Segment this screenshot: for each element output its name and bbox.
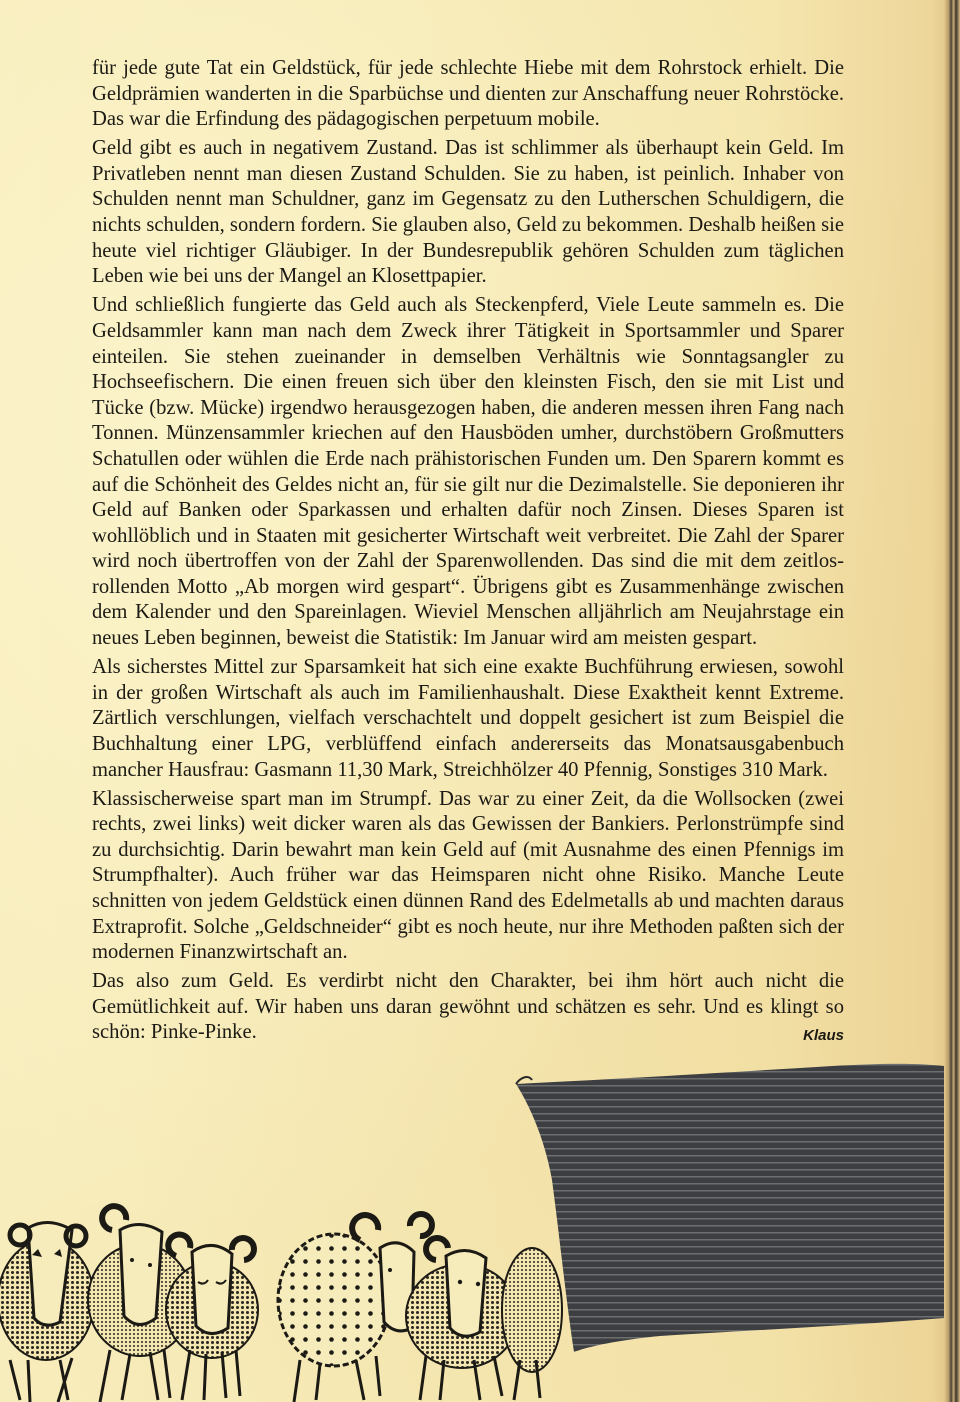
text-line: Hochseefischern. Die einen freuen sich ü… <box>92 371 844 393</box>
author-signature: Klaus <box>803 1027 844 1044</box>
sheep-icon <box>0 1222 94 1402</box>
text-line: Geld gibt es auch in negativem Zustand. … <box>92 137 814 159</box>
text-line: Tücke (bzw. Mücke) irgendwo herausgezoge… <box>92 397 799 419</box>
sheep-icon <box>502 1248 562 1400</box>
text-line: schön: Pinke-Pinke. <box>92 1021 257 1043</box>
text-line: für jede gute Tat ein Geldstück, für jed… <box>92 57 807 79</box>
text-line: Als sicherstes Mittel zur Sparsamkeit ha… <box>92 656 803 678</box>
sheep-and-sock-illustration <box>0 1060 960 1402</box>
sheep-icon <box>406 1238 518 1400</box>
text-line: Klassischerweise spart man im Strumpf. D… <box>92 788 791 810</box>
paragraph-collectors: Und schließlich fungierte das Geld auch … <box>92 293 844 651</box>
sheep-icon <box>278 1234 390 1402</box>
article-body: für jede gute Tat ein Geldstück, für jed… <box>92 56 844 1050</box>
text-line: mütlichkeit auf. Wir haben uns daran gew… <box>116 996 844 1018</box>
text-line: Sonstiges 310 Mark. <box>658 759 828 781</box>
paragraph-debts: Geld gibt es auch in negativem Zustand. … <box>92 136 844 290</box>
paragraph-rewards: für jede gute Tat ein Geldstück, für jed… <box>92 56 844 133</box>
wool-sock-icon <box>516 1064 944 1352</box>
text-line: Und schließlich fungierte das Geld auch … <box>92 294 806 316</box>
sheep-icon <box>166 1235 258 1400</box>
paragraph-stocking: Klassischerweise spart man im Strumpf. D… <box>92 787 844 966</box>
paragraph-conclusion: Das also zum Geld. Es verdirbt nicht den… <box>92 969 844 1046</box>
paragraph-bookkeeping: Als sicherstes Mittel zur Sparsamkeit ha… <box>92 655 844 783</box>
text-line: Statistik: Im Januar wird am meisten ges… <box>385 627 757 649</box>
